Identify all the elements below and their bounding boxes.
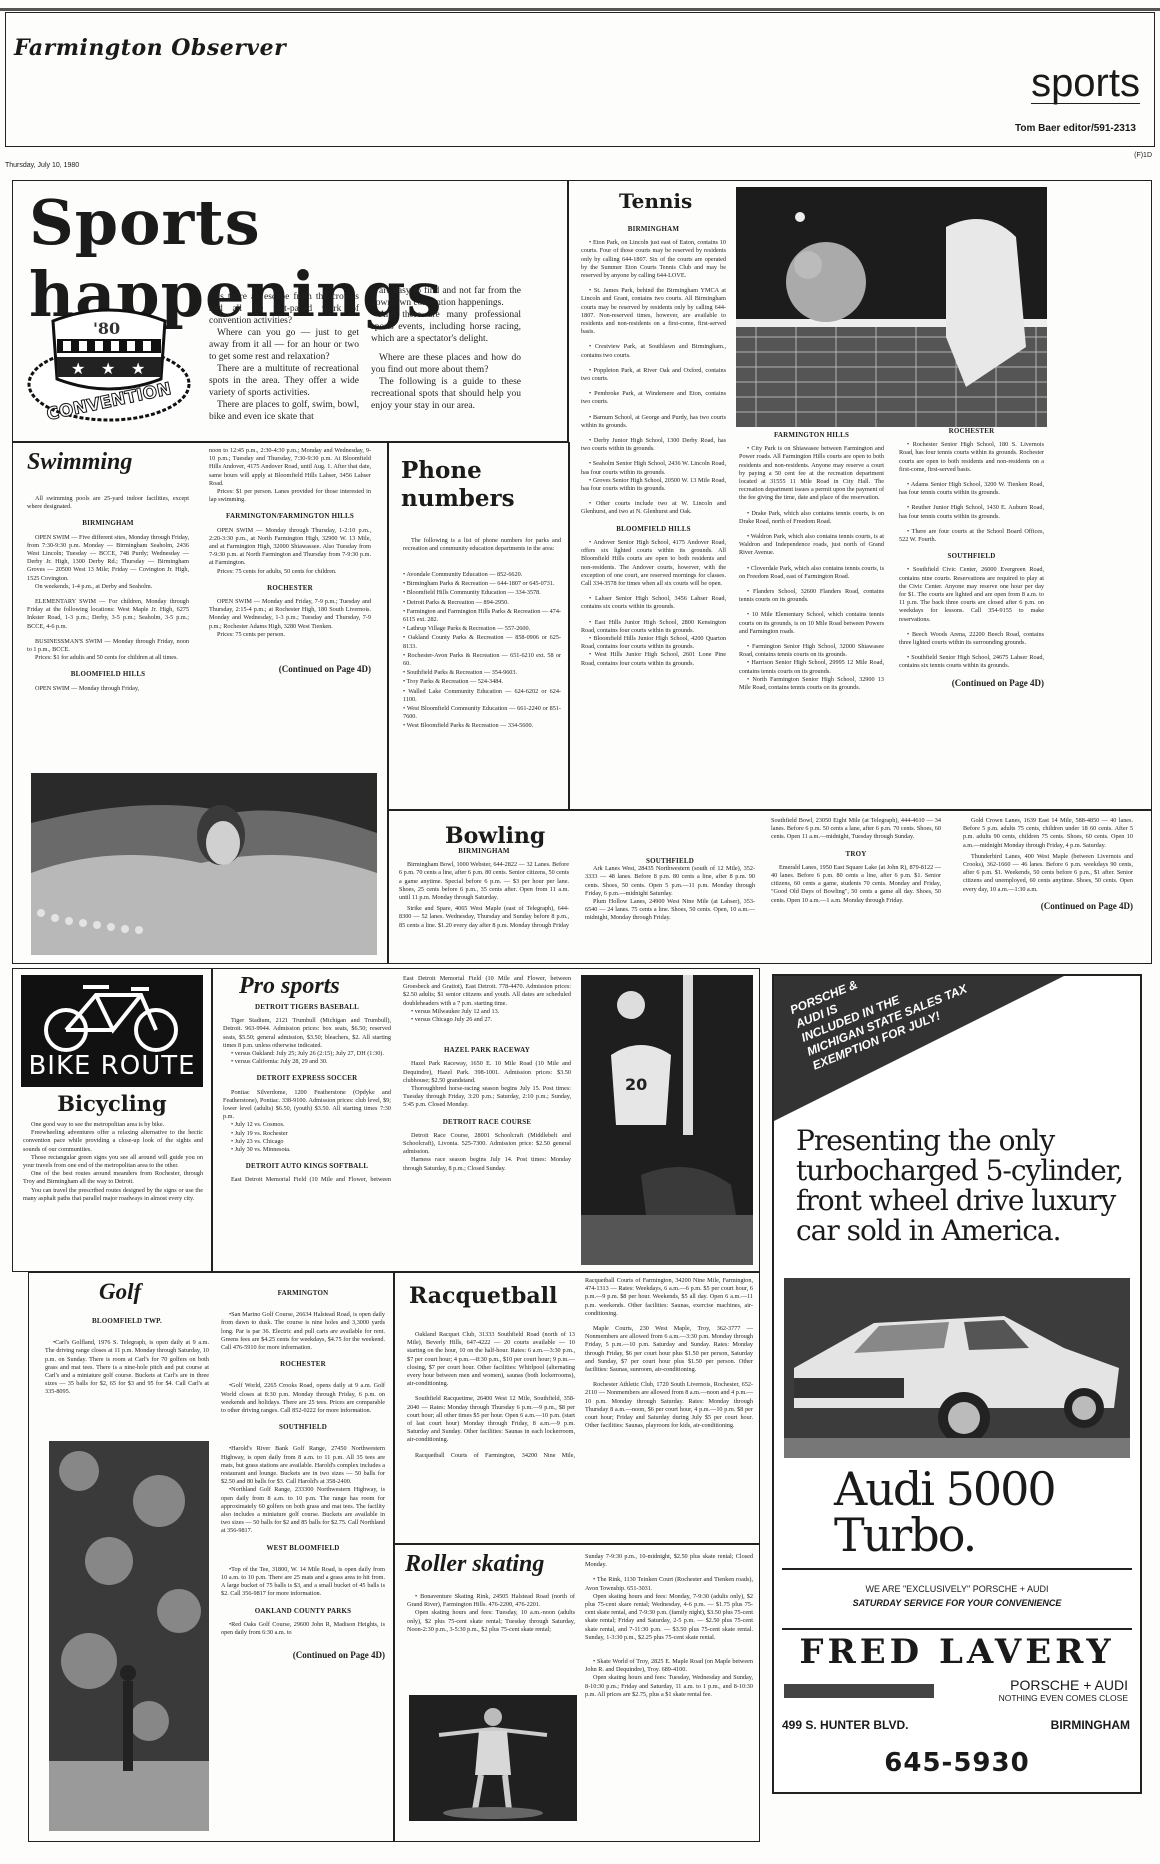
court-item: • Derby Junior High School, 1300 Derby R… xyxy=(581,437,726,453)
bowling-item: Southfield Bowl, 23050 Eight Mile (at Te… xyxy=(771,817,941,842)
masthead-box: Farmington Observer sports Tom Baer edit… xyxy=(5,12,1155,147)
court-item: • Flanders School, 32600 Flanders Road, … xyxy=(739,588,884,604)
continued-link[interactable]: (Continued on Page 4D) xyxy=(209,665,371,673)
swim-item: Prices: $1 for adults and 50 cents for c… xyxy=(27,654,189,662)
continued-link[interactable]: (Continued on Page 4D) xyxy=(963,902,1133,910)
court-item: • Seaholm Senior High School, 2436 W. Li… xyxy=(581,460,726,476)
region-heading: FARMINGTON HILLS xyxy=(739,431,884,439)
team-heading: DETROIT RACE COURSE xyxy=(403,1118,571,1126)
dealer-tagline: NOTHING EVEN COMES CLOSE xyxy=(999,1693,1128,1703)
phone-intro: The following is a list of phone numbers… xyxy=(403,537,561,553)
team-info: East Detroit Memorial Field (10 Mile and… xyxy=(403,975,571,1008)
brand-logo: PORSCHE + AUDI xyxy=(1010,1678,1128,1692)
intro-column-2: are easy to find and not far from the do… xyxy=(371,285,521,412)
track-info: Detroit Race Course, 28001 Schoolcraft (… xyxy=(403,1132,571,1157)
phone-item: • Southfield Parks & Recreation — 354-96… xyxy=(403,669,561,677)
court-item: • St. James Park, behind the Birmingham … xyxy=(581,287,726,336)
tennis-col-farmington-hills: FARMINGTON HILLS • City Park is on Shiaw… xyxy=(739,429,884,692)
dealer-city: BIRMINGHAM xyxy=(1051,1718,1130,1732)
phone-item: • West Bloomfield Community Education — … xyxy=(403,705,561,721)
region-heading: BIRMINGHAM xyxy=(399,847,569,855)
intro-paragraph: Where can you go — just to get away from… xyxy=(209,327,359,363)
court-item: • Pembroke Park, at Windemere and Eton, … xyxy=(581,390,726,406)
court-item: • Southfield Senior High School, 24675 L… xyxy=(899,654,1044,670)
team-heading: HAZEL PARK RACEWAY xyxy=(403,1046,571,1054)
court-item: • Barnum School, at George and Purdy, ha… xyxy=(581,414,726,430)
bowling-item: Plum Hollow Lanes, 24900 West Nine Mile … xyxy=(585,898,755,923)
racquetball-col-1: Oakland Racquet Club, 31333 Southfield R… xyxy=(407,1331,575,1460)
phone-item: • West Bloomfield Parks & Recreation — 3… xyxy=(403,722,561,730)
rink-item: • Bonaventure Skating Rink, 24505 Halste… xyxy=(407,1593,575,1609)
racquetball-col-2: Racquetball Courts of Farmington, 34200 … xyxy=(585,1277,753,1430)
pro-sports-section: Pro sports DETROIT TIGERS BASEBALL Tiger… xyxy=(212,968,760,1272)
dealer-underline-bar xyxy=(784,1684,934,1698)
swim-item: Prices: $1 per person. Lanes provided fo… xyxy=(209,488,371,504)
intro-paragraph: Where are these places and how do you fi… xyxy=(371,352,521,376)
region-heading: OAKLAND COUNTY PARKS xyxy=(221,1607,385,1615)
phone-item: • Bloomfield Hills Community Education —… xyxy=(403,589,561,597)
roller-col-1: • Bonaventure Skating Rink, 24505 Halste… xyxy=(407,1593,575,1634)
bowling-headline: Bowling xyxy=(445,823,545,849)
swim-intro: All swimming pools are 25-yard indoor fa… xyxy=(27,495,189,511)
schedule-item: • versus Milwaukee July 12 and 13. xyxy=(403,1008,571,1016)
editor-credit: Tom Baer editor/591-2313 xyxy=(1015,123,1136,134)
swim-item: OPEN SWIM — Five different sites, Monday… xyxy=(27,534,189,583)
dealer-phone[interactable]: 645-5930 xyxy=(774,1748,1140,1778)
continued-link[interactable]: (Continued on Page 4D) xyxy=(899,679,1044,687)
paper-name: Farmington Observer xyxy=(14,35,286,61)
bike-route-sign: BIKE ROUTE xyxy=(21,975,203,1087)
golf-course-item: •Harold's River Bank Golf Range, 27450 N… xyxy=(221,1445,385,1486)
model-line-1: Audi 5000 xyxy=(834,1466,1055,1512)
bowling-col-2: SOUTHFIELD Ark Lanes West, 28435 Northwe… xyxy=(585,817,755,923)
dealer-name: FRED LAVERY xyxy=(774,1632,1140,1672)
region-heading: WEST BLOOMFIELD xyxy=(221,1544,385,1552)
schedule-item: • versus California: July 28, 29 and 30. xyxy=(223,1058,391,1066)
bowling-item: Birmingham Bowl, 1000 Webster, 644-2822 … xyxy=(399,861,569,902)
court-item: • Waldron Park, which also contains tenn… xyxy=(739,533,884,558)
court-item: • West Hills Junior High School, 2601 Lo… xyxy=(581,651,726,667)
schedule-item: • versus Oakland: July 25; July 26 (2:15… xyxy=(223,1050,391,1058)
swimming-section: Swimming All swimming pools are 25-yard … xyxy=(12,442,388,964)
svg-text:★: ★ xyxy=(71,359,85,378)
section-title: sports xyxy=(1031,63,1140,104)
team-info: Tiger Stadium, 2121 Trumbull (Michigan a… xyxy=(223,1017,391,1050)
svg-text:20: 20 xyxy=(625,1075,647,1094)
intro-paragraph: are easy to find and not far from the do… xyxy=(371,285,521,309)
dealer-address: 499 S. HUNTER BLVD. xyxy=(782,1718,908,1732)
ad-headline: Presenting the only turbocharged 5-cylin… xyxy=(796,1126,1136,1246)
region-heading: FARMINGTON xyxy=(221,1289,385,1297)
ad-divider xyxy=(782,1568,1132,1570)
golf-col-2: FARMINGTON •San Marino Golf Course, 2663… xyxy=(221,1287,385,1660)
audi-car-photo xyxy=(784,1278,1130,1458)
bowling-item: Ark Lanes West, 28435 Northwestern (sout… xyxy=(585,865,755,898)
svg-text:★: ★ xyxy=(101,359,115,378)
phone-item: • Rochester-Avon Parks & Recreation — 65… xyxy=(403,652,561,668)
swim-item: Prices: 75 cents for adults, 50 cents fo… xyxy=(209,568,371,576)
phone-item: • Avondale Community Education — 852-662… xyxy=(403,571,561,579)
pro-sports-headline: Pro sports xyxy=(239,973,340,1000)
intro-paragraph: There are places to golf, swim, bowl, bi… xyxy=(209,399,359,423)
convention-hat-graphic: ★★★ '80 CONVENTION xyxy=(23,279,195,429)
tennis-player-photo xyxy=(736,187,1047,427)
rink-item: Open skating hours and fees: Tuesday, We… xyxy=(585,1674,753,1699)
racquetball-headline: Racquetball xyxy=(409,1283,557,1309)
issue-date: Thursday, July 10, 1980 xyxy=(5,162,79,169)
court-item: • North Farmington Senior High School, 3… xyxy=(739,676,884,692)
swimmer-photo xyxy=(31,773,377,955)
phone-headline: Phone numbers xyxy=(401,457,515,513)
bowling-item: Gold Crown Lanes, 1639 East 14 Mile, 588… xyxy=(963,817,1133,850)
bowling-col-3: Southfield Bowl, 23050 Eight Mile (at Te… xyxy=(771,817,941,905)
intro-section: Sports happenings ★★★ '80 CONVENTION Is … xyxy=(12,180,568,442)
bicycling-section: BIKE ROUTE Bicycling One good way to see… xyxy=(12,968,212,1272)
page-code: (F)1D xyxy=(1134,152,1152,159)
bicycling-paragraph: One of the best routes around meanders f… xyxy=(23,1170,203,1186)
court-item: • Groves Senior High School, 20500 W. 13… xyxy=(581,477,726,493)
court-item: • Southfield Civic Center, 26000 Evergre… xyxy=(899,566,1044,623)
court-item: • Beech Woods Arena, 22200 Beech Road, c… xyxy=(899,631,1044,647)
court-item: • Rochester Senior High School, 180 S. L… xyxy=(899,441,1044,474)
court-item: • Harrison Senior High School, 29995 12 … xyxy=(739,659,884,675)
court-item: • City Park is on Shiawasee between Farm… xyxy=(739,445,884,502)
phone-item: • Oakland County Parks & Recreation — 85… xyxy=(403,634,561,650)
bicycling-paragraph: You can travel the prescribed routes des… xyxy=(23,1187,203,1203)
schedule-item: • versus Chicago July 26 and 27. xyxy=(403,1016,571,1024)
team-info: Pontiac Silverdome, 1200 Featherstone (O… xyxy=(223,1089,391,1122)
track-info: Harness race season begins July 14. Post… xyxy=(403,1156,571,1172)
golf-headline: Golf xyxy=(99,1279,141,1305)
tennis-col-rochester: ROCHESTER • Rochester Senior High School… xyxy=(899,425,1044,687)
top-rule xyxy=(0,8,1160,11)
roller-skating-headline: Roller skating xyxy=(405,1551,544,1578)
rink-item: Open skating hours and fees: Tuesday, 10… xyxy=(407,1609,575,1634)
swim-item: BUSINESSMAN'S SWIM — Monday through Frid… xyxy=(27,638,189,654)
phone-numbers-section: Phone numbers The following is a list of… xyxy=(388,442,570,810)
region-heading: TROY xyxy=(771,850,941,858)
phone-item: • Troy Parks & Recreation — 524-3484. xyxy=(403,678,561,686)
model-name: Audi 5000 Turbo. xyxy=(834,1466,1055,1558)
region-heading: ROCHESTER xyxy=(209,584,371,592)
golf-course-item: •Carl's Golfland, 1976 S. Telegraph, is … xyxy=(45,1339,209,1396)
region-heading: BIRMINGHAM xyxy=(27,519,189,527)
region-heading: SOUTHFIELD xyxy=(221,1423,385,1431)
bowling-col-4: Gold Crown Lanes, 1639 East 14 Mile, 588… xyxy=(963,817,1133,910)
schedule-item: • July 12 vs. Cosmos. xyxy=(223,1121,391,1129)
court-item: • Poppleton Park, at River Oak and Oxfor… xyxy=(581,367,726,383)
schedule-item: • July 30 vs. Minnesota. xyxy=(223,1146,391,1154)
phone-item: • Detroit Parks & Recreation — 894-2950. xyxy=(403,599,561,607)
golf-course-item: •Top of the Tee, 31800, W. 14 Mile Road,… xyxy=(221,1566,385,1599)
phone-list: • Avondale Community Education — 852-662… xyxy=(403,571,561,732)
phone-intro-text: The following is a list of phone numbers… xyxy=(403,537,561,553)
club-item: Racquetball Courts of Farmington, 34200 … xyxy=(407,1452,575,1460)
court-item: • Other courts include two at W. Lincoln… xyxy=(581,500,726,516)
phone-item: • Lathrup Village Parks & Recreation — 5… xyxy=(403,625,561,633)
region-heading: BLOOMFIELD HILLS xyxy=(581,525,726,533)
rink-item: • Skate World of Troy, 2825 E. Maple Roa… xyxy=(585,1658,753,1674)
bicycling-paragraph: Those rectangular green signs you see al… xyxy=(23,1154,203,1170)
schedule-item: • July 19 vs. Rochester xyxy=(223,1130,391,1138)
intro-paragraph: The following is a guide to these recrea… xyxy=(371,376,521,412)
intro-paragraph: There are a multitute of recreational sp… xyxy=(209,363,359,399)
court-item: • 10 Mile Elementary School, which conta… xyxy=(739,611,884,636)
tennis-headline: Tennis xyxy=(619,189,692,213)
golf-course-item: •Golf World, 2265 Crooks Road, opens dai… xyxy=(221,1382,385,1415)
club-item: Rochester Athletic Club, 1720 South Live… xyxy=(585,1381,753,1430)
court-item: • East Hills Junior High School, 2800 Ke… xyxy=(581,619,726,635)
swim-item: OPEN SWIM — Monday through Friday, xyxy=(27,685,189,693)
region-heading: ROCHESTER xyxy=(221,1360,385,1368)
audi-advertisement[interactable]: PORSCHE & AUDI IS INCLUDED IN THE MICHIG… xyxy=(772,974,1142,1794)
track-info: Thoroughbred horse-racing season begins … xyxy=(403,1085,571,1110)
club-item: Southfield Racquetime, 26400 West 12 Mil… xyxy=(407,1395,575,1444)
phone-item: • Farmington and Farmington Hills Parks … xyxy=(403,608,561,624)
bicycling-headline: Bicycling xyxy=(21,1091,203,1116)
court-item: • Eton Park, on Lincoln just east of Eat… xyxy=(581,239,726,280)
swimming-headline: Swimming xyxy=(27,449,132,476)
phone-headline-line: numbers xyxy=(401,485,515,513)
pro-sports-col-1: DETROIT TIGERS BASEBALL Tiger Stadium, 2… xyxy=(223,1003,391,1184)
tennis-section: Tennis BIRMINGHAM • Eton Park, on Lincol… xyxy=(568,180,1152,810)
golf-section: Golf BLOOMFIELD TWP. •Carl's Golfland, 1… xyxy=(28,1272,394,1842)
phone-headline-line: Phone xyxy=(401,457,515,485)
court-item: • Crestview Park, at Southlawn and Birmi… xyxy=(581,343,726,359)
model-line-2: Turbo. xyxy=(834,1512,1055,1558)
court-item: • Drake Park, which also contains tennis… xyxy=(739,510,884,526)
roller-skating-section: Roller skating • Bonaventure Skating Rin… xyxy=(394,1544,760,1842)
phone-item: • Birmingham Parks & Recreation — 644-18… xyxy=(403,580,561,588)
court-item: • Bloomfield Hills Junior High School, 4… xyxy=(581,635,726,651)
team-heading: DETROIT TIGERS BASEBALL xyxy=(223,1003,391,1011)
team-heading: DETROIT AUTO KINGS SOFTBALL xyxy=(223,1162,391,1170)
phone-item: • Walled Lake Community Education — 624-… xyxy=(403,688,561,704)
club-item: Racquetball Courts of Farmington, 34200 … xyxy=(585,1277,753,1318)
pro-sports-col-2: East Detroit Memorial Field (10 Mile and… xyxy=(403,975,571,1173)
region-heading: BIRMINGHAM xyxy=(581,225,726,233)
service-note: SATURDAY SERVICE FOR YOUR CONVENIENCE xyxy=(774,1598,1140,1608)
bowling-section: Bowling BIRMINGHAM Birmingham Bowl, 1000… xyxy=(388,810,1152,964)
intro-paragraph: And there are many professional sports e… xyxy=(371,309,521,345)
region-heading: SOUTHFIELD xyxy=(899,552,1044,560)
court-item: • Reuther Junior High School, 1430 E. Au… xyxy=(899,504,1044,520)
swim-item: Prices: 75 cents per person. xyxy=(209,631,371,639)
golf-course-item: •Red Oaks Golf Course, 29600 John R, Mad… xyxy=(221,1621,385,1637)
bicycling-body: One good way to see the metropolitan are… xyxy=(23,1121,203,1203)
racquetball-section: Racquetball Oakland Racquet Club, 31333 … xyxy=(394,1272,760,1544)
bike-route-label: BIKE ROUTE xyxy=(21,1051,203,1081)
tennis-col-birmingham: BIRMINGHAM • Eton Park, on Lincoln just … xyxy=(581,221,726,668)
intro-column-1: Is there an escape from the crowds and a… xyxy=(209,291,359,423)
region-heading: FARMINGTON/FARMINGTON HILLS xyxy=(209,512,371,520)
region-heading: ROCHESTER xyxy=(899,427,1044,435)
bicycling-paragraph: Freewheeling adventures offer a relaxing… xyxy=(23,1129,203,1154)
bowling-item: Emerald Lanes, 1950 East Square Lake (at… xyxy=(771,864,941,905)
swimming-col-2: noon to 12:45 p.m., 2:30-4:30 p.m.; Mond… xyxy=(209,447,371,673)
golf-col-1: BLOOMFIELD TWP. •Carl's Golfland, 1976 S… xyxy=(45,1313,209,1397)
bicycle-icon xyxy=(21,975,203,1055)
golfer-photo xyxy=(49,1441,209,1831)
swim-item: noon to 12:45 p.m., 2:30-4:30 p.m.; Mond… xyxy=(209,447,371,488)
region-heading: BLOOMFIELD HILLS xyxy=(27,670,189,678)
bowling-col-1: BIRMINGHAM Birmingham Bowl, 1000 Webster… xyxy=(399,847,569,929)
swim-item: On weekends, 1-4 p.m., at Derby and Seah… xyxy=(27,583,189,591)
team-info: East Detroit Memorial Field (10 Mile and… xyxy=(223,1176,391,1184)
golf-course-item: •Northland Golf Range, 233300 Northweste… xyxy=(221,1486,385,1535)
svg-text:★: ★ xyxy=(131,359,145,378)
court-item: • Adams Senior High School, 3200 W. Tien… xyxy=(899,481,1044,497)
soccer-photo: 20 xyxy=(581,975,753,1265)
roller-col-2: Sunday 7-9:30 p.m., 10-midnight, $2.50 p… xyxy=(585,1553,753,1699)
ad-divider xyxy=(782,1628,1132,1630)
bowling-item: Thunderbird Lanes, 400 West Maple (betwe… xyxy=(963,853,1133,894)
swim-item: OPEN SWIM — Monday through Thursday, 1-2… xyxy=(209,527,371,568)
golf-course-item: •San Marino Golf Course, 26634 Halstead … xyxy=(221,1311,385,1352)
bowling-item: Strike and Spare, 4065 West Maple (east … xyxy=(399,905,569,929)
intro-paragraph: Is there an escape from the crowds and a… xyxy=(209,291,359,327)
svg-text:'80: '80 xyxy=(93,319,120,338)
rink-item: • The Rink, 1130 Teinken Court (Rocheste… xyxy=(585,1576,753,1592)
rink-item: Sunday 7-9:30 p.m., 10-midnight, $2.50 p… xyxy=(585,1553,753,1569)
club-item: Oakland Racquet Club, 31333 Southfield R… xyxy=(407,1331,575,1388)
court-item: • Andover Senior High School, 4175 Andov… xyxy=(581,539,726,588)
court-item: • Farmington Senior High School, 32000 S… xyxy=(739,643,884,659)
schedule-item: • July 23 vs. Chicago xyxy=(223,1138,391,1146)
court-item: • There are four courts at the School Bo… xyxy=(899,528,1044,544)
court-item: • Cloverdale Park, which also contains t… xyxy=(739,565,884,581)
swimming-col-1: All swimming pools are 25-yard indoor fa… xyxy=(27,495,189,693)
roller-skater-photo xyxy=(409,1695,577,1821)
rink-item: Open skating hours and fees: Monday, 7-9… xyxy=(585,1593,753,1642)
exclusive-note: WE ARE "EXCLUSIVELY" PORSCHE + AUDI xyxy=(774,1584,1140,1594)
continued-link[interactable]: (Continued on Page 4D) xyxy=(221,1651,385,1659)
swim-item: OPEN SWIM — Monday and Friday, 7-9 p.m.;… xyxy=(209,598,371,631)
club-item: Maple Courts, 230 West Maple, Troy, 362-… xyxy=(585,1325,753,1374)
bicycling-paragraph: One good way to see the metropolitan are… xyxy=(23,1121,203,1129)
region-heading: SOUTHFIELD xyxy=(585,857,755,865)
region-heading: BLOOMFIELD TWP. xyxy=(45,1317,209,1325)
track-info: Hazel Park Raceway, 1650 E. 10 Mile Road… xyxy=(403,1060,571,1085)
team-heading: DETROIT EXPRESS SOCCER xyxy=(223,1074,391,1082)
court-item: • Lahser Senior High School, 3456 Lahser… xyxy=(581,595,726,611)
swim-item: ELEMENTARY SWIM — For children, Monday t… xyxy=(27,598,189,631)
